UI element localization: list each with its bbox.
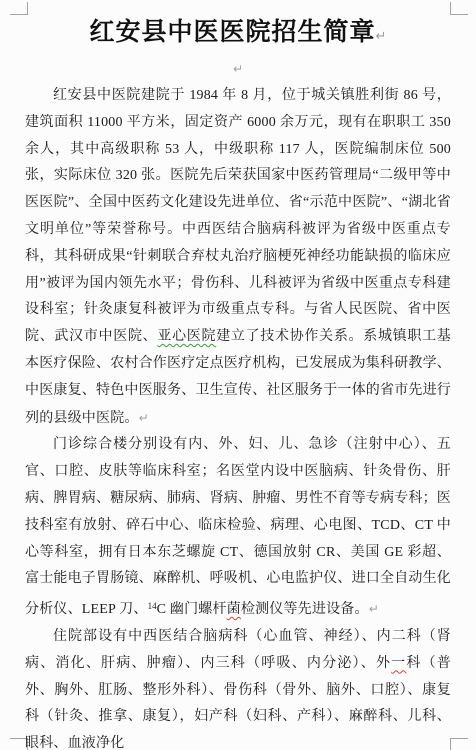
p2-text: 门诊综合楼分别设有内、外、妇、儿、急诊（注射中心）、五官、口腔、皮肤等临床科室；… <box>25 437 451 617</box>
word-document-page: 红安县中医医院招生简章↵ ↵ 红安县中医院建院于 1984 年 8 月，位于城关… <box>0 0 476 750</box>
empty-paragraph: ↵ <box>25 56 451 83</box>
paragraph-mark-icon: ↵ <box>139 411 149 425</box>
p1-text: 红安县中医院建院于 1984 年 8 月，位于城关镇胜利街 86 号，建筑面积 … <box>25 88 451 344</box>
p3-spellcheck-red-underline: 一 <box>391 656 406 671</box>
p2-text-mid: C 幽门螺杆 <box>157 602 227 617</box>
text-boundary-mark-bottom-right-icon <box>450 738 468 750</box>
paragraph-hospital-intro: 红安县中医院建院于 1984 年 8 月，位于城关镇胜利街 86 号，建筑面积 … <box>25 83 451 432</box>
paragraph-outpatient-departments: 门诊综合楼分别设有内、外、妇、儿、急诊（注射中心）、五官、口腔、皮肤等临床科室；… <box>25 432 451 624</box>
document-content[interactable]: 红安县中医医院招生简章↵ ↵ 红安县中医院建院于 1984 年 8 月，位于城关… <box>25 14 451 750</box>
paragraph-inpatient-departments: 住院部设有中西医结合脑病科（心血管、神经）、内二科（肾病、消化、肝病、肿瘤）、内… <box>25 624 451 750</box>
p3-text: 住院部设有中西医结合脑病科（心血管、神经）、内二科（肾病、消化、肝病、肿瘤）、内… <box>25 629 451 671</box>
p1-spellcheck-green-underline: 亚心医院 <box>157 329 216 344</box>
p2-spellcheck-red-underline: 菌 <box>227 602 241 617</box>
title-text: 红安县中医医院招生简章 <box>90 19 376 46</box>
document-title: 红安县中医医院招生简章↵ <box>25 14 451 56</box>
paragraph-mark-icon: ↵ <box>369 602 379 616</box>
p2-superscript-14: 14 <box>148 601 157 611</box>
text-boundary-mark-top-right-icon <box>450 2 468 15</box>
p2-text-continued: 检测仪等先进设备。 <box>241 602 369 617</box>
paragraph-mark-icon: ↵ <box>233 62 243 76</box>
paragraph-mark-icon: ↵ <box>376 29 387 44</box>
